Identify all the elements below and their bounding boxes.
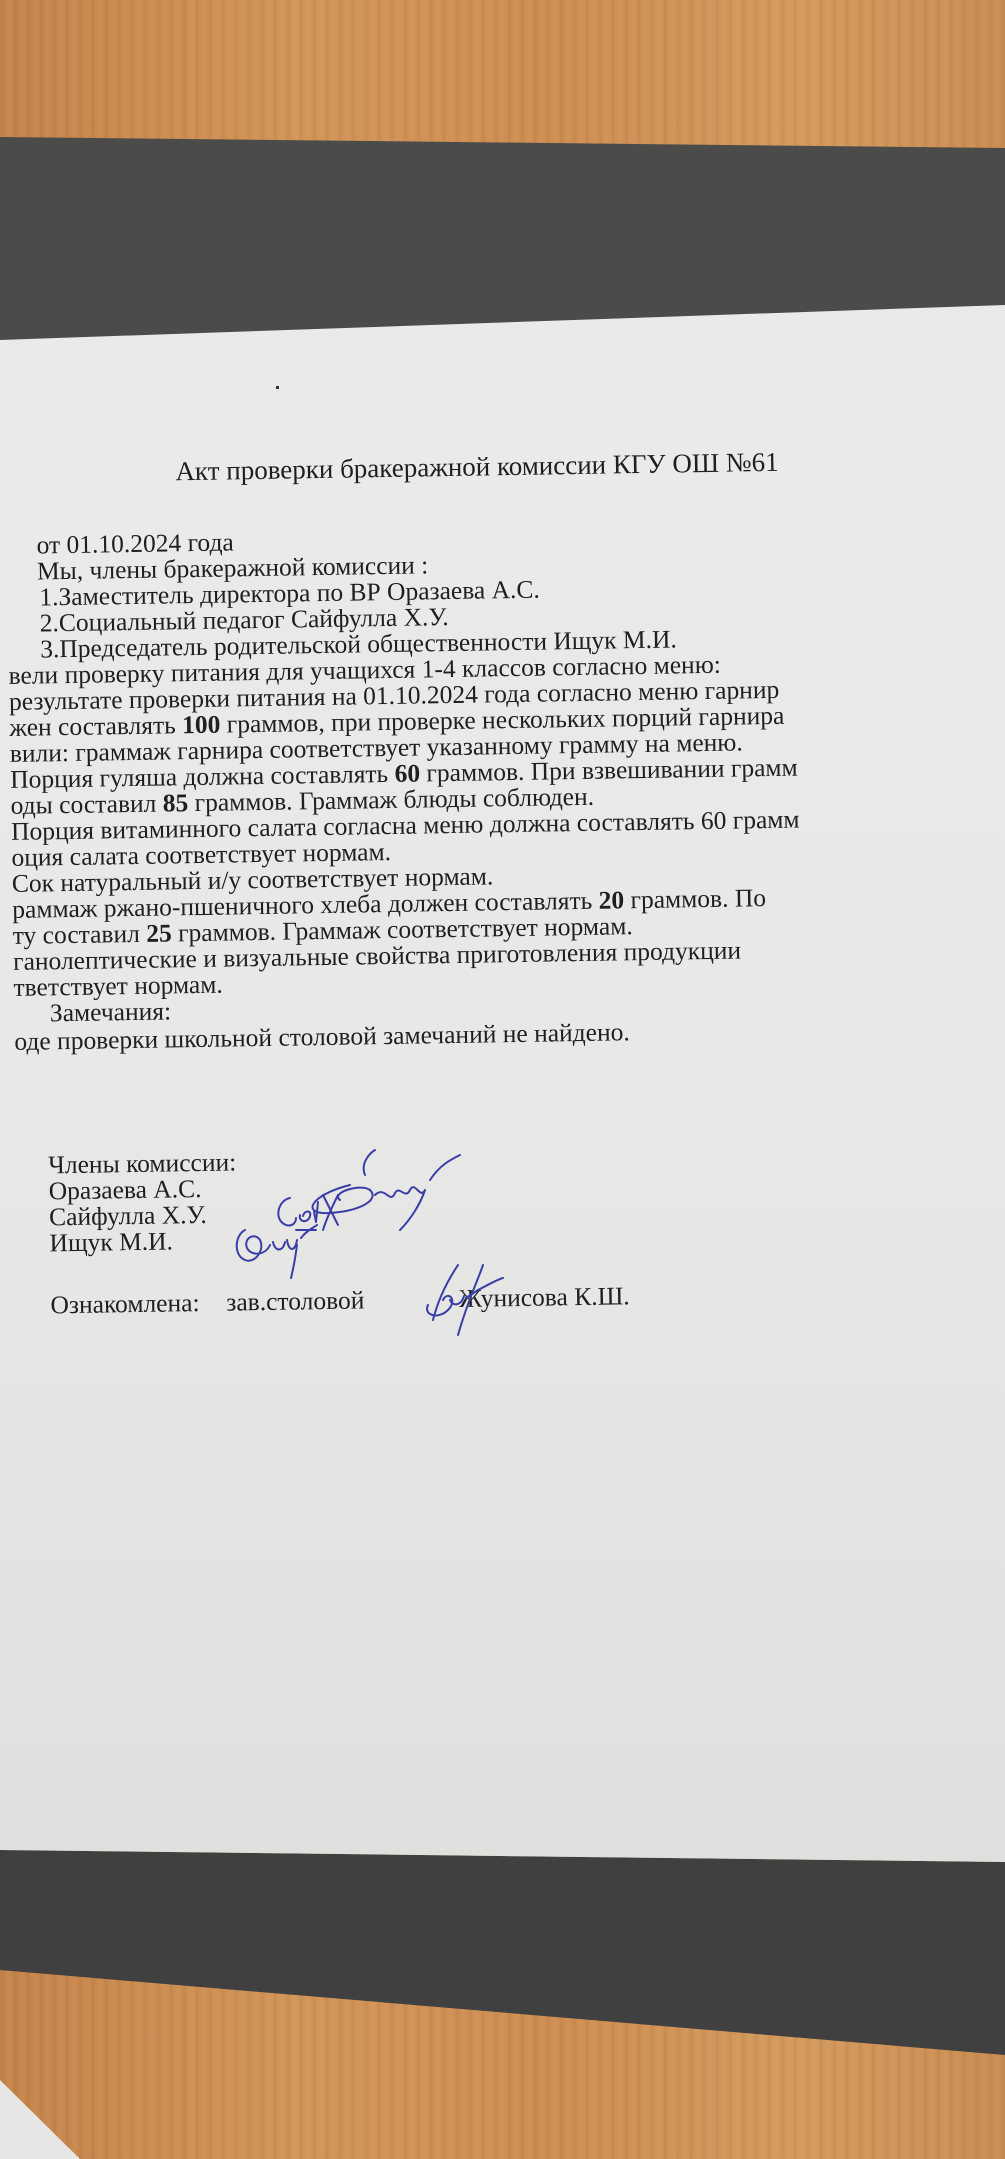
acknowledged-name: Жунисова К.Ш. <box>459 1281 630 1313</box>
photo-scene: Акт проверки бракеражной комиссии КГУ ОШ… <box>0 0 1005 2159</box>
acknowledged-label: Ознакомлена: <box>50 1288 199 1319</box>
acknowledged-role: зав.столовой <box>226 1285 365 1316</box>
signatory-name: Ищук М.И. <box>49 1225 173 1259</box>
paper-speck <box>276 386 279 389</box>
